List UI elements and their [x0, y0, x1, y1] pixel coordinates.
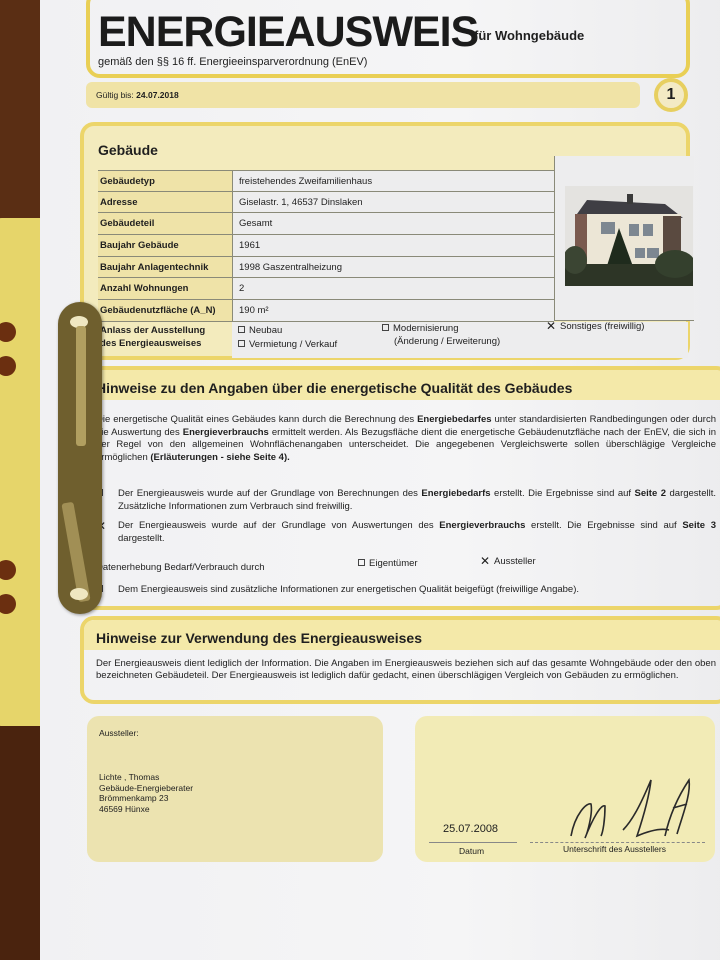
option-text: Der Energieausweis wurde auf der Grundla…: [118, 520, 716, 545]
issuance-reason: Anlass der Ausstellung des Energieauswei…: [98, 322, 688, 358]
metal-fastener: [58, 302, 102, 614]
option-label-line2: (Änderung / Erweiterung): [394, 336, 500, 347]
row-value: Gesamt: [232, 213, 554, 234]
issuance-reason-label: Anlass der Ausstellung des Energieauswei…: [98, 322, 232, 358]
document-title: ENERGIEAUSWEIS: [98, 8, 478, 57]
row-label: Adresse: [98, 192, 232, 213]
page-number-badge: 1: [654, 78, 688, 112]
table-row: Baujahr Anlagentechnik1998 Gaszentralhei…: [98, 257, 554, 279]
issuance-reason-options: Neubau Vermietung / Verkauf Modernisieru…: [232, 322, 688, 358]
row-label: Anzahl Wohnungen: [98, 278, 232, 299]
usage-notes-section: Hinweise zur Verwendung des Energieauswe…: [80, 616, 720, 704]
document-subtitle: für Wohngebäude: [474, 28, 584, 43]
text-bold: Energieverbrauchs: [439, 520, 525, 531]
option-text: Der Energieausweis wurde auf der Grundla…: [118, 488, 716, 513]
text-bold: Energiebedarfs: [421, 488, 490, 499]
binder-hole: [0, 356, 16, 376]
row-label: Gebäudeteil: [98, 213, 232, 234]
option-label: Neubau: [249, 325, 282, 336]
option-label: Vermietung / Verkauf: [249, 339, 337, 350]
text-bold: Energieverbrauchs: [183, 427, 269, 438]
label-line: Anlass der Ausstellung: [100, 324, 230, 337]
option-aussteller[interactable]: ✕Aussteller: [480, 556, 536, 569]
label-line: des Energieausweises: [100, 337, 230, 350]
option-label: Sonstiges (freiwillig): [560, 321, 644, 332]
row-value: 1998 Gaszentralheizung: [232, 257, 554, 278]
fastener-tongue: [76, 326, 86, 446]
table-row: Anzahl Wohnungen2: [98, 278, 554, 300]
row-value: 2: [232, 278, 554, 299]
text: Der Energieausweis wurde auf der Grundla…: [118, 520, 439, 531]
checkbox-crossed-icon[interactable]: ✕: [546, 321, 557, 331]
text-bold: Seite 2: [635, 488, 666, 499]
table-row: GebäudeteilGesamt: [98, 213, 554, 235]
option-energiebedarf[interactable]: Der Energieausweis wurde auf der Grundla…: [96, 488, 716, 513]
row-label: Baujahr Anlagentechnik: [98, 257, 232, 278]
energy-quality-notes-body: Die energetische Qualität eines Gebäudes…: [96, 414, 716, 464]
option-additional-info[interactable]: Dem Energieausweis sind zusätzliche Info…: [96, 584, 716, 597]
law-reference: gemäß den §§ 16 ff. Energieeinsparverord…: [98, 56, 367, 68]
wooden-table: [0, 726, 42, 960]
option-label: Modernisierung: [393, 323, 458, 334]
issuer-box: Aussteller: Lichte , Thomas Gebäude-Ener…: [87, 716, 383, 862]
checkbox-unchecked-icon[interactable]: [382, 324, 389, 331]
signature-box: 25.07.2008 Datum Unterschrift des Ausste…: [415, 716, 715, 862]
house-photo: [565, 186, 693, 286]
date-label: Datum: [459, 846, 484, 856]
section-header: Hinweise zu den Angaben über die energet…: [84, 370, 720, 400]
data-collection-row: Datenerhebung Bedarf/Verbrauch durch Eig…: [96, 562, 716, 575]
valid-until: Gültig bis: 24.07.2018: [96, 90, 179, 100]
text: dargestellt.: [118, 533, 164, 544]
photo-frame: [554, 156, 694, 321]
issuer-title: Gebäude-Energieberater: [99, 783, 193, 794]
row-value: 190 m²: [232, 300, 554, 321]
text: erstellt. Die Ergebnisse sind auf: [491, 488, 635, 499]
issuer-label: Aussteller:: [99, 728, 139, 738]
checkbox-unchecked-icon[interactable]: [238, 340, 245, 347]
row-label: Gebäudetyp: [98, 171, 232, 191]
divider: [530, 842, 705, 843]
text-bold: Seite 3: [682, 520, 716, 531]
text: Der Energieausweis wurde auf der Grundla…: [118, 488, 421, 499]
option-text: Dem Energieausweis sind zusätzliche Info…: [118, 584, 716, 597]
row-value: freistehendes Zweifamilienhaus: [232, 171, 554, 191]
option-energieverbrauch[interactable]: ✕ Der Energieausweis wurde auf der Grund…: [96, 520, 716, 545]
issuer-street: Brömmenkamp 23: [99, 793, 193, 804]
signature-date: 25.07.2008: [443, 823, 498, 835]
divider: [429, 842, 517, 843]
energy-quality-notes-title: Hinweise zu den Angaben über die energet…: [96, 380, 572, 396]
option-label: Aussteller: [494, 556, 536, 567]
option-sonstiges[interactable]: ✕Sonstiges (freiwillig): [546, 320, 644, 333]
table-row: Baujahr Gebäude1961: [98, 235, 554, 257]
checkbox-unchecked-icon[interactable]: [238, 326, 245, 333]
text-bold: Energiebedarfes: [417, 414, 491, 425]
fastener-hole: [70, 588, 88, 600]
energy-certificate-page: ENERGIEAUSWEIS für Wohngebäude gemäß den…: [40, 0, 720, 960]
signature-label: Unterschrift des Ausstellers: [563, 844, 666, 854]
data-collection-label: Datenerhebung Bedarf/Verbrauch durch: [96, 562, 264, 573]
text: Die energetische Qualität eines Gebäudes…: [96, 414, 417, 425]
usage-notes-title: Hinweise zur Verwendung des Energieauswe…: [96, 630, 422, 646]
table-row: Gebäudetypfreistehendes Zweifamilienhaus: [98, 170, 554, 192]
valid-until-date: 24.07.2018: [136, 90, 179, 100]
binder-hole: [0, 594, 16, 614]
binder-hole: [0, 560, 16, 580]
option-modernisierung[interactable]: Modernisierung(Änderung / Erweiterung): [382, 322, 500, 348]
table-row: Gebäudenutzfläche (A_N)190 m²: [98, 300, 554, 322]
table-row: AdresseGiselastr. 1, 46537 Dinslaken: [98, 192, 554, 214]
building-table: Gebäudetypfreistehendes Zweifamilienhaus…: [98, 170, 554, 322]
text: erstellt. Die Ergebnisse sind auf: [525, 520, 682, 531]
row-value: 1961: [232, 235, 554, 256]
row-label: Baujahr Gebäude: [98, 235, 232, 256]
validity-bar: Gültig bis: 24.07.2018: [86, 82, 640, 108]
option-vermietung-verkauf[interactable]: Vermietung / Verkauf: [238, 338, 337, 351]
issuer-name: Lichte , Thomas: [99, 772, 193, 783]
text-bold: (Erläuterungen - siehe Seite 4).: [150, 452, 289, 463]
usage-notes-body: Der Energieausweis dient lediglich der I…: [96, 658, 716, 681]
section-header: Hinweise zur Verwendung des Energieauswe…: [84, 620, 720, 650]
building-section: Gebäude Gebäudetypfreistehendes Zweifami…: [80, 122, 690, 360]
energy-quality-notes-section: Hinweise zu den Angaben über die energet…: [80, 366, 720, 610]
handwritten-signature-icon: [565, 774, 705, 844]
option-neubau[interactable]: Neubau: [238, 324, 282, 337]
building-section-title: Gebäude: [98, 142, 158, 158]
option-eigentuemer[interactable]: Eigentümer: [358, 558, 418, 571]
row-value: Giselastr. 1, 46537 Dinslaken: [232, 192, 554, 213]
row-label: Gebäudenutzfläche (A_N): [98, 300, 232, 321]
binder-hole: [0, 322, 16, 342]
option-label: Eigentümer: [369, 558, 418, 569]
issuer-address: Lichte , Thomas Gebäude-Energieberater B…: [99, 772, 193, 814]
checkbox-unchecked-icon[interactable]: [358, 559, 365, 566]
issuer-city: 46569 Hünxe: [99, 804, 193, 815]
house-image-icon: [565, 186, 693, 286]
checkbox-crossed-icon[interactable]: ✕: [480, 556, 491, 566]
valid-until-label: Gültig bis:: [96, 90, 134, 100]
